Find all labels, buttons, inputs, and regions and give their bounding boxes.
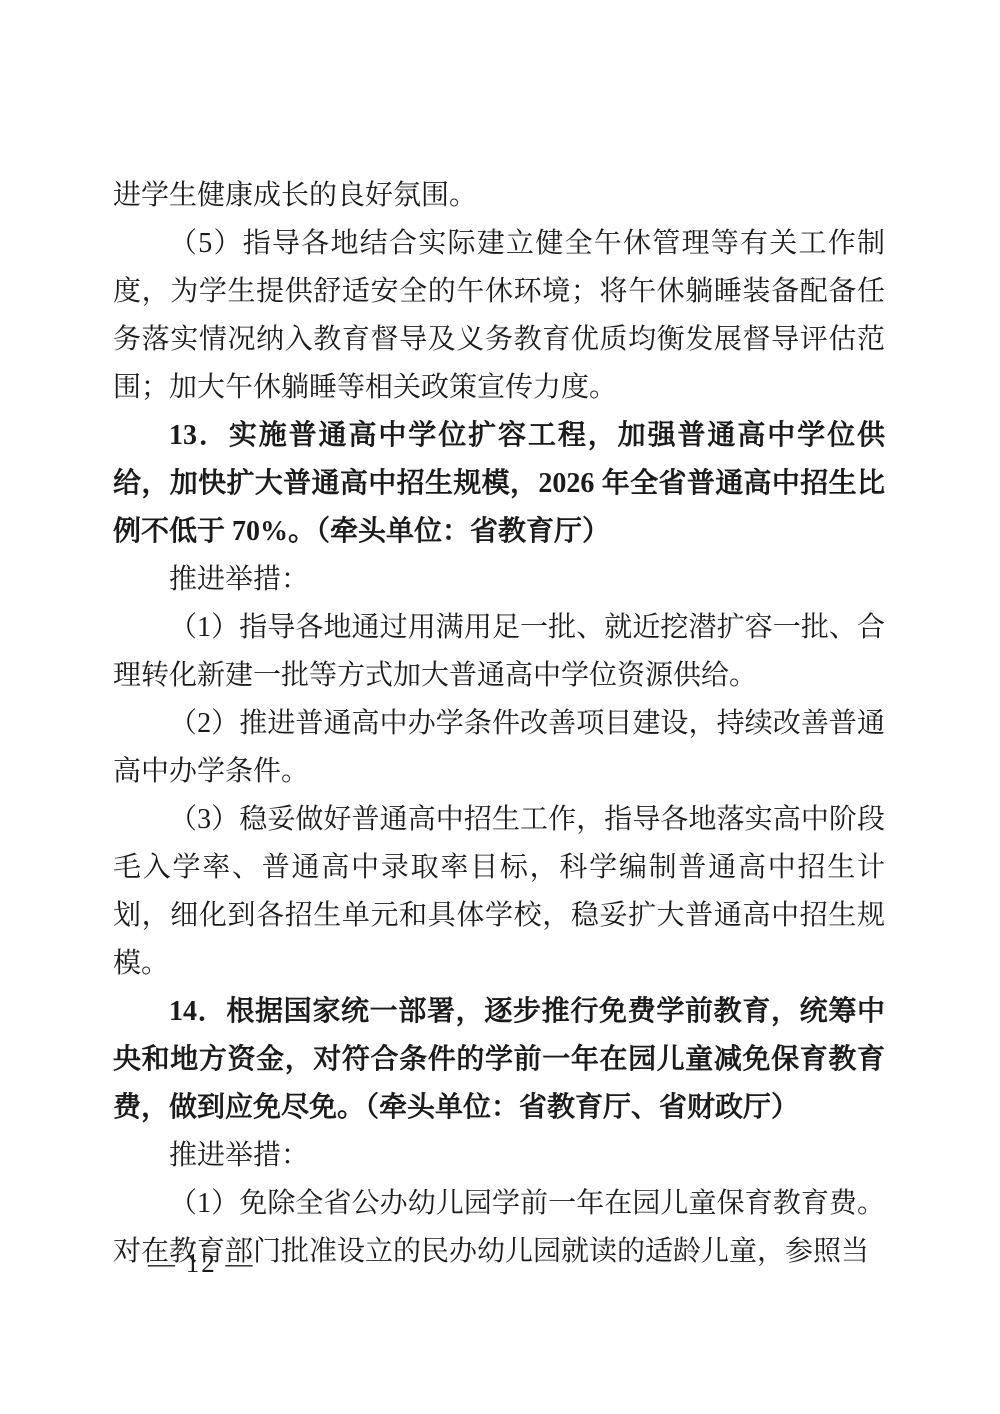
paragraph-task13-measure-3: （3）稳妥做好普通高中招生工作，指导各地落实高中阶段毛入学率、普通高中录取率目标… [113,796,885,988]
document-body: 进学生健康成长的良好氛围。 （5）指导各地结合实际建立健全午休管理等有关工作制度… [113,172,885,1276]
paragraph-task13-measure-1: （1）指导各地通过用满用足一批、就近挖潜扩容一批、合理转化新建一批等方式加大普通… [113,604,885,700]
paragraph-continuation: 进学生健康成长的良好氛围。 [113,172,885,220]
paragraph-task13-measure-2: （2）推进普通高中办学条件改善项目建设，持续改善普通高中办学条件。 [113,700,885,796]
paragraph-measures-heading-1: 推进举措： [113,556,885,604]
paragraph-task-13: 13．实施普通高中学位扩容工程，加强普通高中学位供给，加快扩大普通高中招生规模，… [113,412,885,556]
paragraph-measures-heading-2: 推进举措： [113,1132,885,1180]
document-page: 进学生健康成长的良好氛围。 （5）指导各地结合实际建立健全午休管理等有关工作制度… [0,0,1000,1414]
paragraph-measure-5: （5）指导各地结合实际建立健全午休管理等有关工作制度，为学生提供舒适安全的午休环… [113,220,885,412]
paragraph-task-14: 14．根据国家统一部署，逐步推行免费学前教育，统筹中央和地方资金，对符合条件的学… [113,988,885,1132]
page-number: — 12 — [148,1243,255,1283]
